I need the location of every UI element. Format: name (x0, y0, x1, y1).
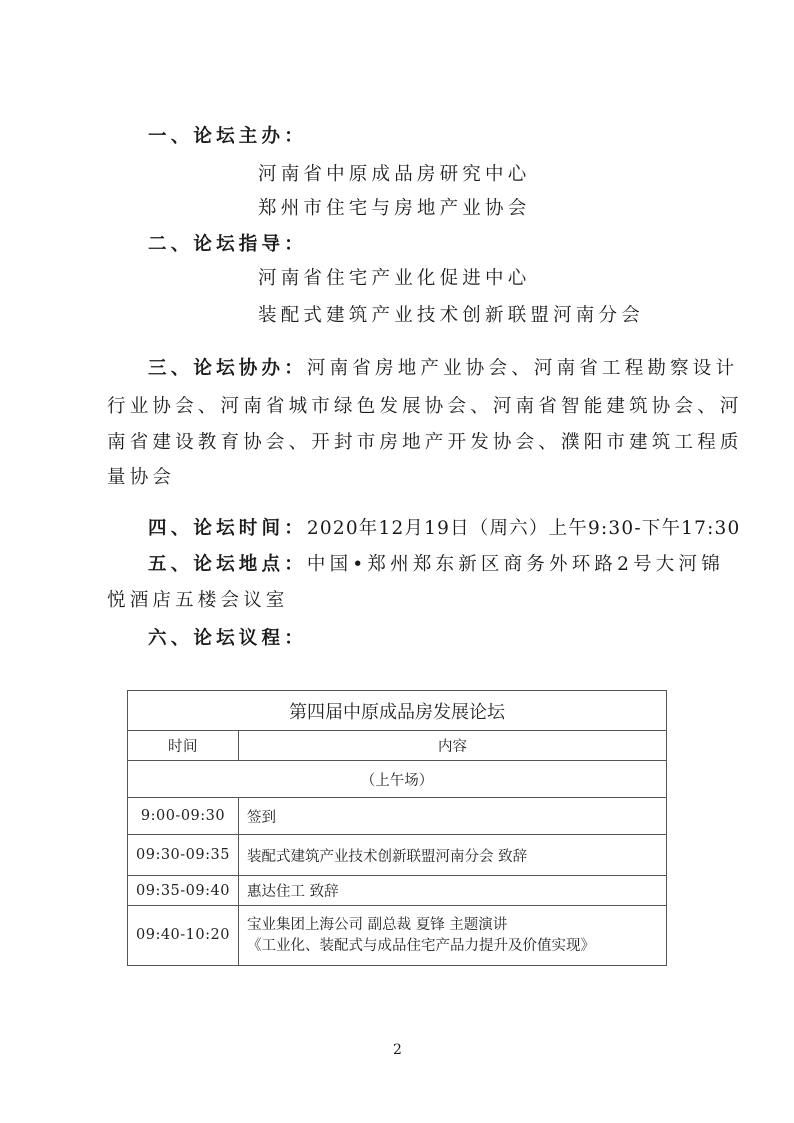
guidance-item: 装配式建筑产业技术创新联盟河南分会 (258, 304, 644, 328)
time-line: 四、论坛时间：2020年12月19日（周六）上午9:30-下午17:30 (148, 517, 740, 541)
row-time: 09:30-09:35 (128, 835, 239, 876)
row-content: 装配式建筑产业技术创新联盟河南分会 致辞 (238, 835, 666, 876)
agenda-table: 第四届中原成品房发展论坛 时间 内容 （上午场） 9:00-09:30 签到 0… (127, 690, 667, 966)
host-item: 郑州市住宅与房地产业协会 (258, 197, 530, 221)
co-organizers-line: 三、论坛协办：河南省房地产业协会、河南省工程勘察设计 (148, 357, 738, 381)
table-row: 9:00-09:30 签到 (128, 798, 667, 835)
host-item: 河南省中原成品房研究中心 (258, 163, 530, 187)
row-content: 签到 (238, 798, 666, 835)
co-organizers-heading: 三、论坛协办： (148, 358, 307, 379)
venue-heading: 五、论坛地点： (148, 554, 307, 575)
row-content-line: 《工业化、装配式与成品住宅产品力提升及价值实现》 (247, 936, 658, 957)
row-time: 09:40-10:20 (128, 906, 239, 966)
row-content: 宝业集团上海公司 副总裁 夏锋 主题演讲 《工业化、装配式与成品住宅产品力提升及… (238, 906, 666, 966)
guidance-item: 河南省住宅产业化促进中心 (258, 267, 530, 291)
venue-text: 中国•郑州郑东新区商务外环路2号大河锦 (307, 554, 724, 575)
guidance-heading: 二、论坛指导： (148, 233, 307, 257)
row-time: 9:00-09:30 (128, 798, 239, 835)
co-organizers-line: 行业协会、河南省城市绿色发展协会、河南省智能建筑协会、河 (107, 395, 743, 419)
table-row: 09:40-10:20 宝业集团上海公司 副总裁 夏锋 主题演讲 《工业化、装配… (128, 906, 667, 966)
table-title: 第四届中原成品房发展论坛 (128, 691, 667, 731)
page-number: 2 (393, 1042, 402, 1058)
table-row: 09:35-09:40 惠达住工 致辞 (128, 876, 667, 906)
venue-line: 五、论坛地点：中国•郑州郑东新区商务外环路2号大河锦 (148, 553, 724, 577)
table-row: 09:30-09:35 装配式建筑产业技术创新联盟河南分会 致辞 (128, 835, 667, 876)
time-heading: 四、论坛时间： (148, 518, 307, 539)
row-time: 09:35-09:40 (128, 876, 239, 906)
row-content-line: 宝业集团上海公司 副总裁 夏锋 主题演讲 (247, 915, 658, 936)
co-organizers-line: 南省建设教育协会、开封市房地产开发协会、濮阳市建筑工程质 (107, 431, 743, 455)
row-content: 惠达住工 致辞 (238, 876, 666, 906)
time-value: 2020年12月19日（周六）上午9:30-下午17:30 (307, 518, 741, 539)
host-heading: 一、论坛主办： (148, 125, 307, 149)
column-header-content: 内容 (238, 731, 666, 761)
agenda-heading: 六、论坛议程： (148, 627, 307, 651)
venue-line: 悦酒店五楼会议室 (107, 589, 289, 613)
co-organizers-text: 河南省房地产业协会、河南省工程勘察设计 (307, 358, 738, 379)
column-header-time: 时间 (128, 731, 239, 761)
co-organizers-line: 量协会 (107, 466, 175, 490)
session-label: （上午场） (128, 761, 667, 798)
